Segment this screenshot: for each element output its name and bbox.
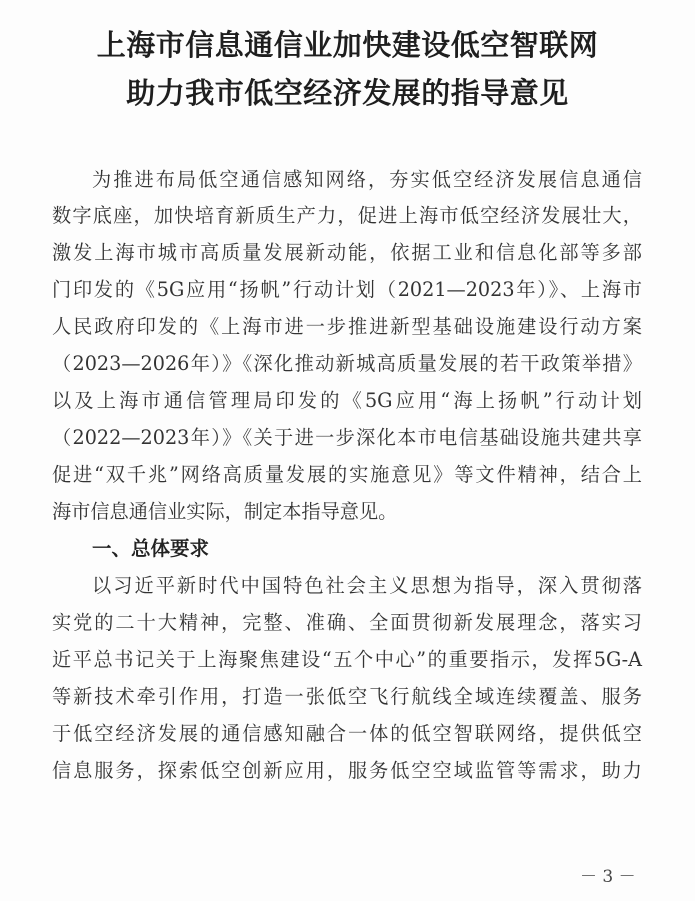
document-title-line-2: 助力我市低空经济发展的指导意见 xyxy=(0,76,695,110)
paragraph-line: 等新技术牵引作用，打造一张低空飞行航线全域连续覆盖、服务 xyxy=(52,685,642,709)
document-title-line-1: 上海市信息通信业加快建设低空智联网 xyxy=(0,28,695,62)
paragraph-line: 人民政府印发的《上海市进一步推进新型基础设施建设行动方案 xyxy=(52,315,642,339)
paragraph-line: 促进“双千兆”网络高质量发展的实施意见》等文件精神，结合上 xyxy=(52,463,642,487)
page-number: － 3 － xyxy=(580,862,636,887)
paragraph-line: 激发上海市城市高质量发展新动能，依据工业和信息化部等多部 xyxy=(52,241,642,265)
paragraph-line: 为推进布局低空通信感知网络，夯实低空经济发展信息通信 xyxy=(92,168,642,192)
paragraph-line: 实党的二十大精神，完整、准确、全面贯彻新发展理念，落实习 xyxy=(52,611,642,635)
paragraph-line: （2022—2023年）》《关于进一步深化本市电信基础设施共建共享 xyxy=(52,426,642,450)
paragraph-line: 近平总书记关于上海聚焦建设“五个中心”的重要指示，发挥5G-A xyxy=(52,648,642,672)
paragraph-line: 以及上海市通信管理局印发的《5G应用“海上扬帆”行动计划 xyxy=(52,389,642,413)
document-page: 上海市信息通信业加快建设低空智联网 助力我市低空经济发展的指导意见 为推进布局低… xyxy=(0,0,695,901)
paragraph-line: 门印发的《5G应用“扬帆”行动计划（2021—2023年）》、上海市 xyxy=(52,278,642,302)
paragraph-line: 以习近平新时代中国特色社会主义思想为指导，深入贯彻落 xyxy=(92,574,642,598)
paragraph-line: 信息服务，探索低空创新应用，服务低空空域监管等需求，助力 xyxy=(52,759,642,783)
paragraph-line: （2023—2026年）》《深化推动新城高质量发展的若干政策举措》 xyxy=(52,352,642,376)
paragraph-line: 海市信息通信业实际，制定本指导意见。 xyxy=(52,500,642,524)
paragraph-line: 数字底座，加快培育新质生产力，促进上海市低空经济发展壮大， xyxy=(52,204,642,228)
section-heading: 一、总体要求 xyxy=(92,537,209,561)
paragraph-line: 于低空经济发展的通信感知融合一体的低空智联网络，提供低空 xyxy=(52,722,642,746)
